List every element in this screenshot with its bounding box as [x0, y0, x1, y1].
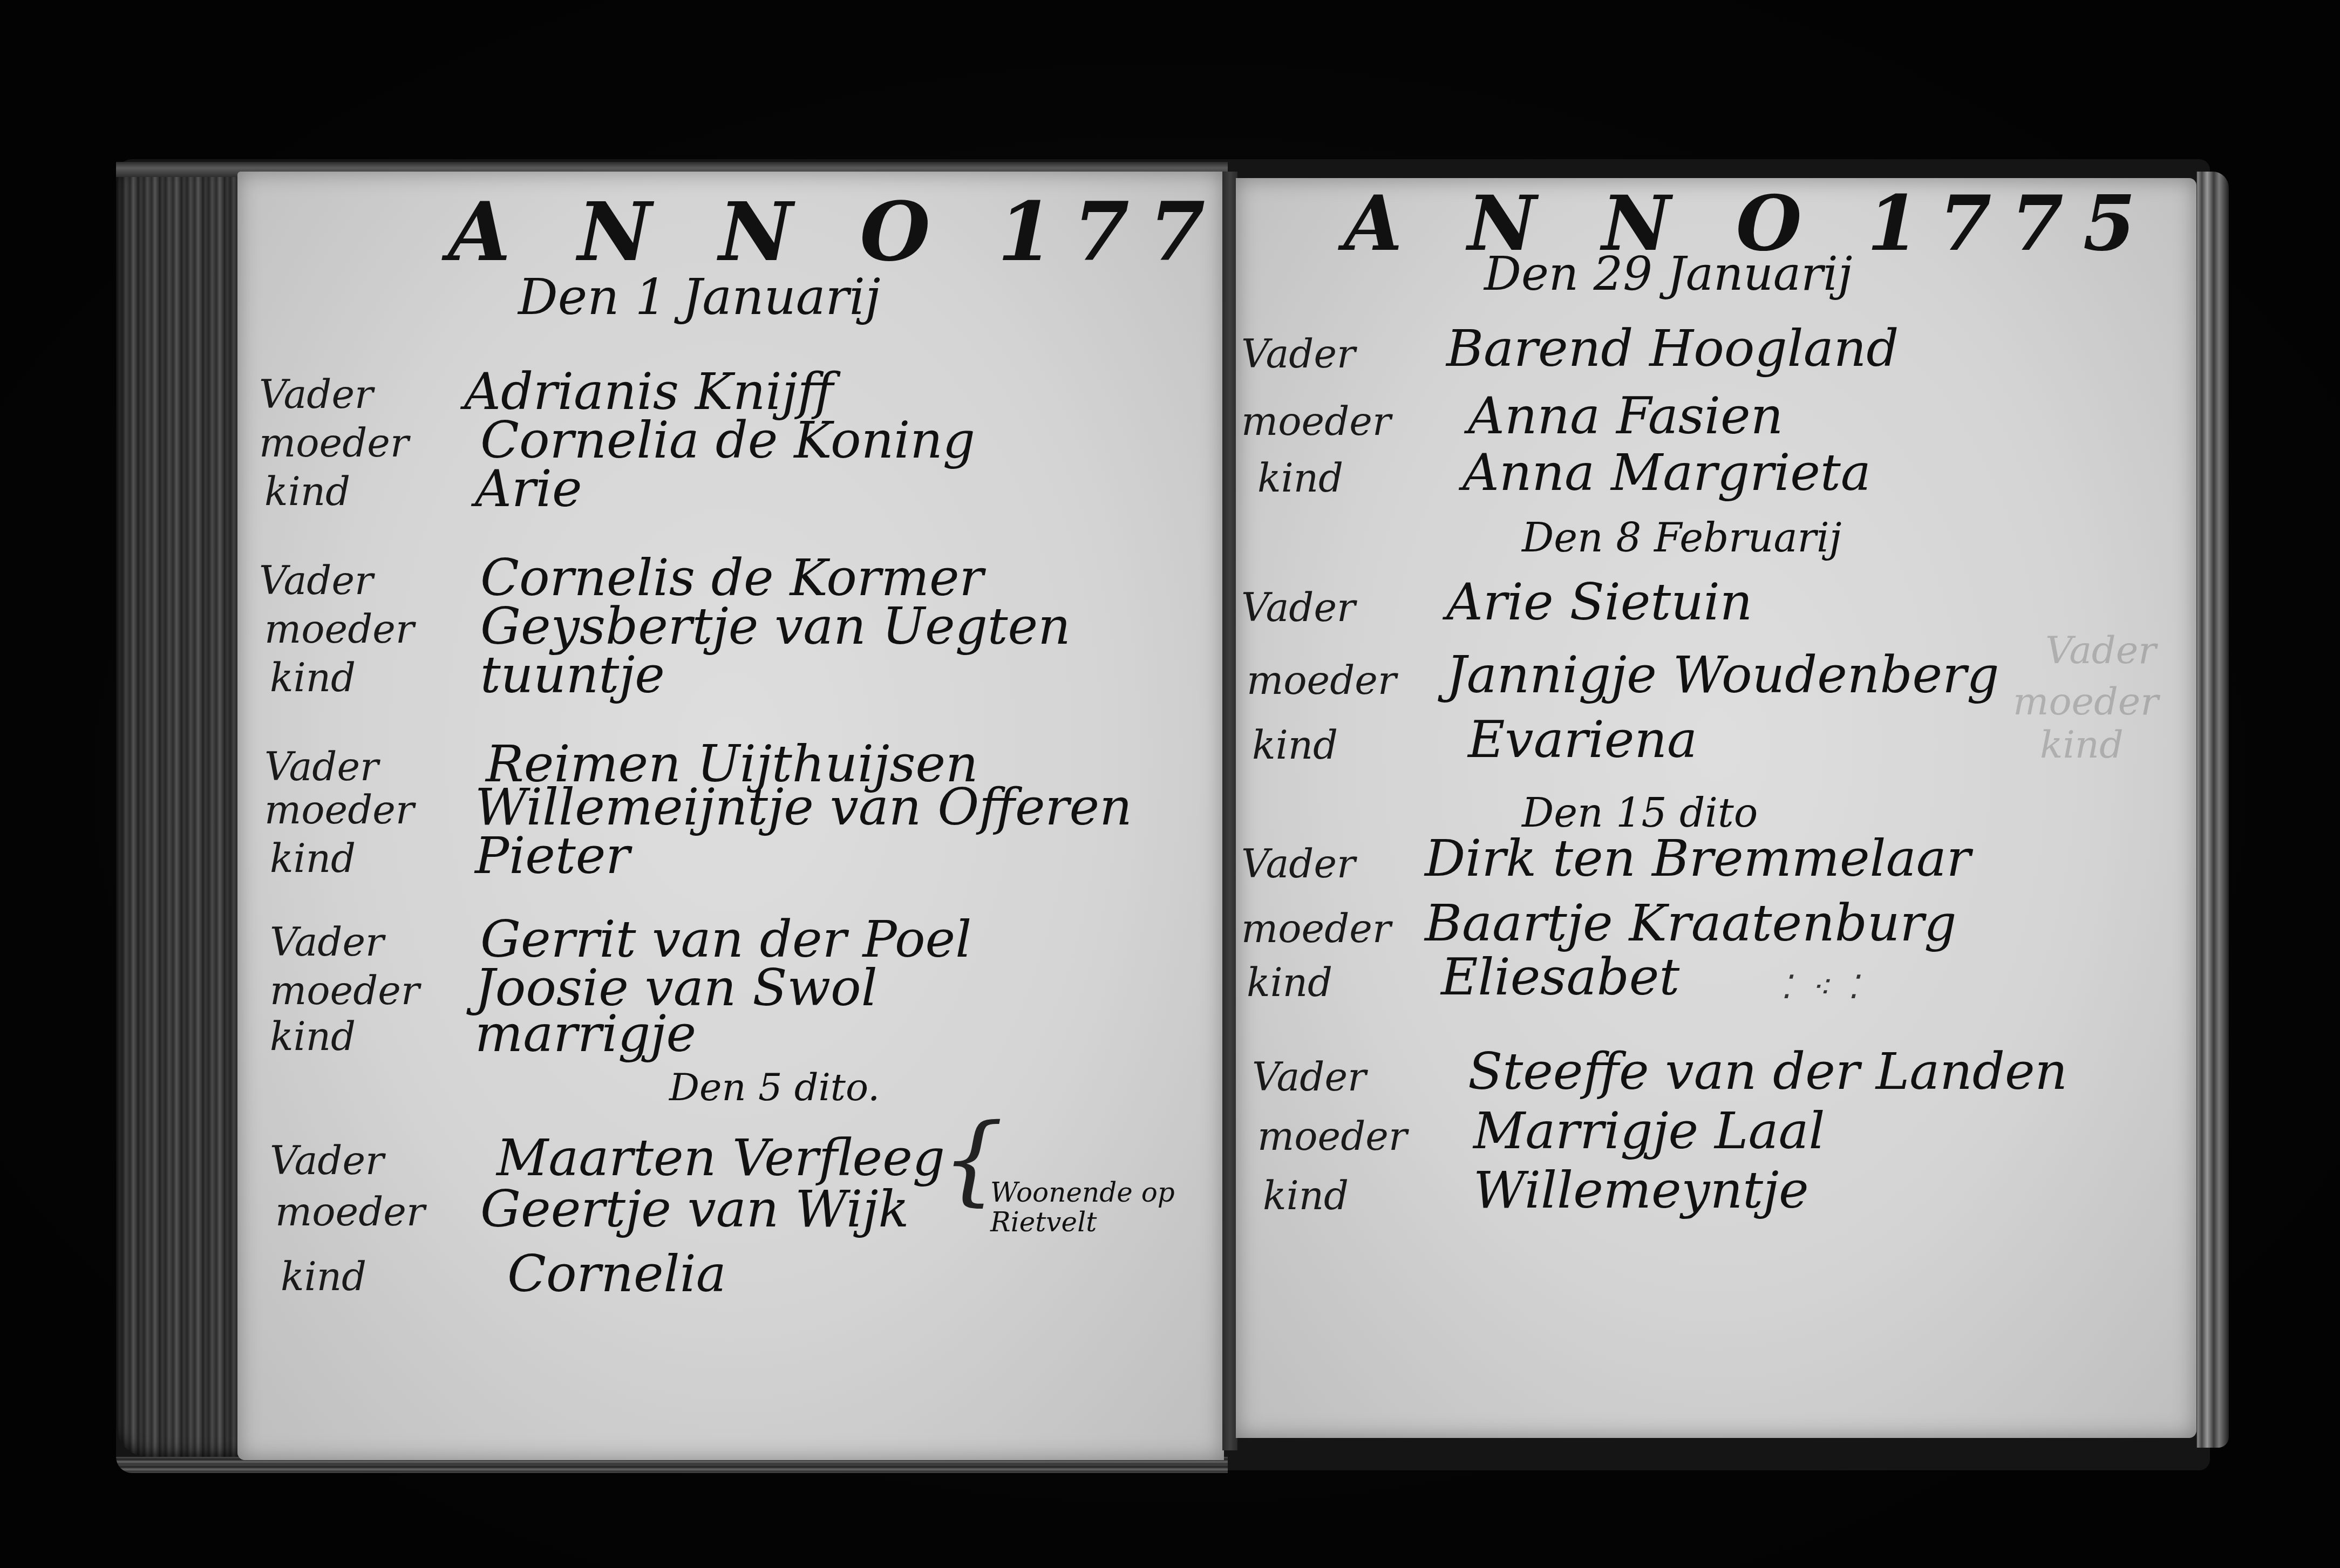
mother-name: Willemeijntje van Offeren [475, 782, 1132, 833]
child-name: marrigje [475, 1009, 696, 1060]
mother-name: Marrigje Laal [1473, 1106, 1825, 1157]
label-child: kind [281, 1257, 366, 1296]
child-name: Willemeyntje [1473, 1165, 1809, 1216]
mother-name: Baartje Kraatenburg [1425, 898, 1957, 949]
left-page-title: A N N O 1775 [448, 192, 1301, 272]
label-mother: moeder [270, 971, 419, 1010]
label-father: Vader [1241, 588, 1355, 627]
label-child: kind [270, 1017, 356, 1056]
label-mother: moeder [1241, 909, 1391, 948]
date-heading: Den 5 dito. [669, 1068, 880, 1106]
father-name: Arie Sietuin [1446, 577, 1752, 628]
date-heading: Den 8 Februarij [1522, 518, 1842, 558]
label-child: kind [1252, 726, 1338, 765]
child-name: tuuntje [480, 650, 665, 701]
child-name: Pieter [475, 831, 630, 882]
label-mother: moeder [1257, 1117, 1407, 1156]
label-child: kind [264, 472, 350, 511]
mother-name: Geertje van Wijk [480, 1184, 909, 1235]
label-mother: moeder [1241, 402, 1391, 441]
father-name: Dirk ten Bremmelaar [1425, 834, 1971, 884]
label-father: Vader [270, 923, 384, 962]
label-child: kind [270, 839, 356, 878]
child-name: Evariena [1468, 715, 1697, 766]
bleed-through-text: Vader [2045, 631, 2157, 669]
label-father: Vader [1241, 844, 1355, 883]
label-mother: moeder [264, 790, 414, 829]
label-mother: moeder [275, 1192, 425, 1231]
label-child: kind [1263, 1176, 1349, 1215]
residence-note-line-1: Woonende op [990, 1179, 1175, 1206]
label-mother: moeder [264, 610, 414, 649]
left-date-heading: Den 1 Januarij [518, 272, 881, 322]
label-child: kind [1247, 963, 1332, 1002]
child-name: Arie [475, 464, 582, 515]
father-name: Gerrit van der Poel [480, 915, 971, 965]
residence-note-line-2: Rietvelt [990, 1209, 1097, 1236]
label-mother: moeder [1247, 661, 1396, 700]
label-child: kind [270, 658, 356, 697]
mother-name: Anna Fasien [1468, 391, 1783, 442]
father-name: Barend Hoogland [1446, 324, 1899, 374]
father-name: Adrianis Knijff [464, 367, 833, 418]
date-heading: Den 15 dito [1522, 793, 1758, 833]
label-mother: moeder [259, 424, 409, 462]
label-child: kind [1257, 459, 1343, 497]
label-father: Vader [259, 561, 373, 600]
mother-name: Cornelia de Koning [480, 415, 975, 466]
label-father: Vader [259, 375, 373, 414]
father-name: Cornelis de Kormer [480, 553, 983, 604]
left-page-stack-edges [116, 162, 246, 1457]
child-name: Eliesabet [1441, 952, 1679, 1003]
child-name: Cornelia [507, 1249, 726, 1300]
right-date-heading: Den 29 Januarij [1484, 251, 1852, 297]
label-father: Vader [264, 747, 378, 786]
mother-name: Jannigje Woudenberg [1446, 650, 1999, 701]
father-name: Steeffe van der Landen [1468, 1047, 2067, 1097]
bleed-through-text: moeder [2013, 683, 2159, 720]
label-father: Vader [1252, 1058, 1366, 1096]
father-name: Maarten Verfleeg [496, 1133, 945, 1184]
book-spine-gutter [1222, 172, 1237, 1450]
child-name: Anna Margrieta [1462, 448, 1871, 499]
bleed-through-text: kind [2040, 726, 2124, 763]
mother-name: Geysbertje van Uegten [480, 602, 1071, 652]
label-father: Vader [270, 1141, 384, 1180]
ink-dots-mark: ⁚ ⁖ ⁚ [1781, 971, 1862, 1004]
label-father: Vader [1241, 335, 1355, 373]
